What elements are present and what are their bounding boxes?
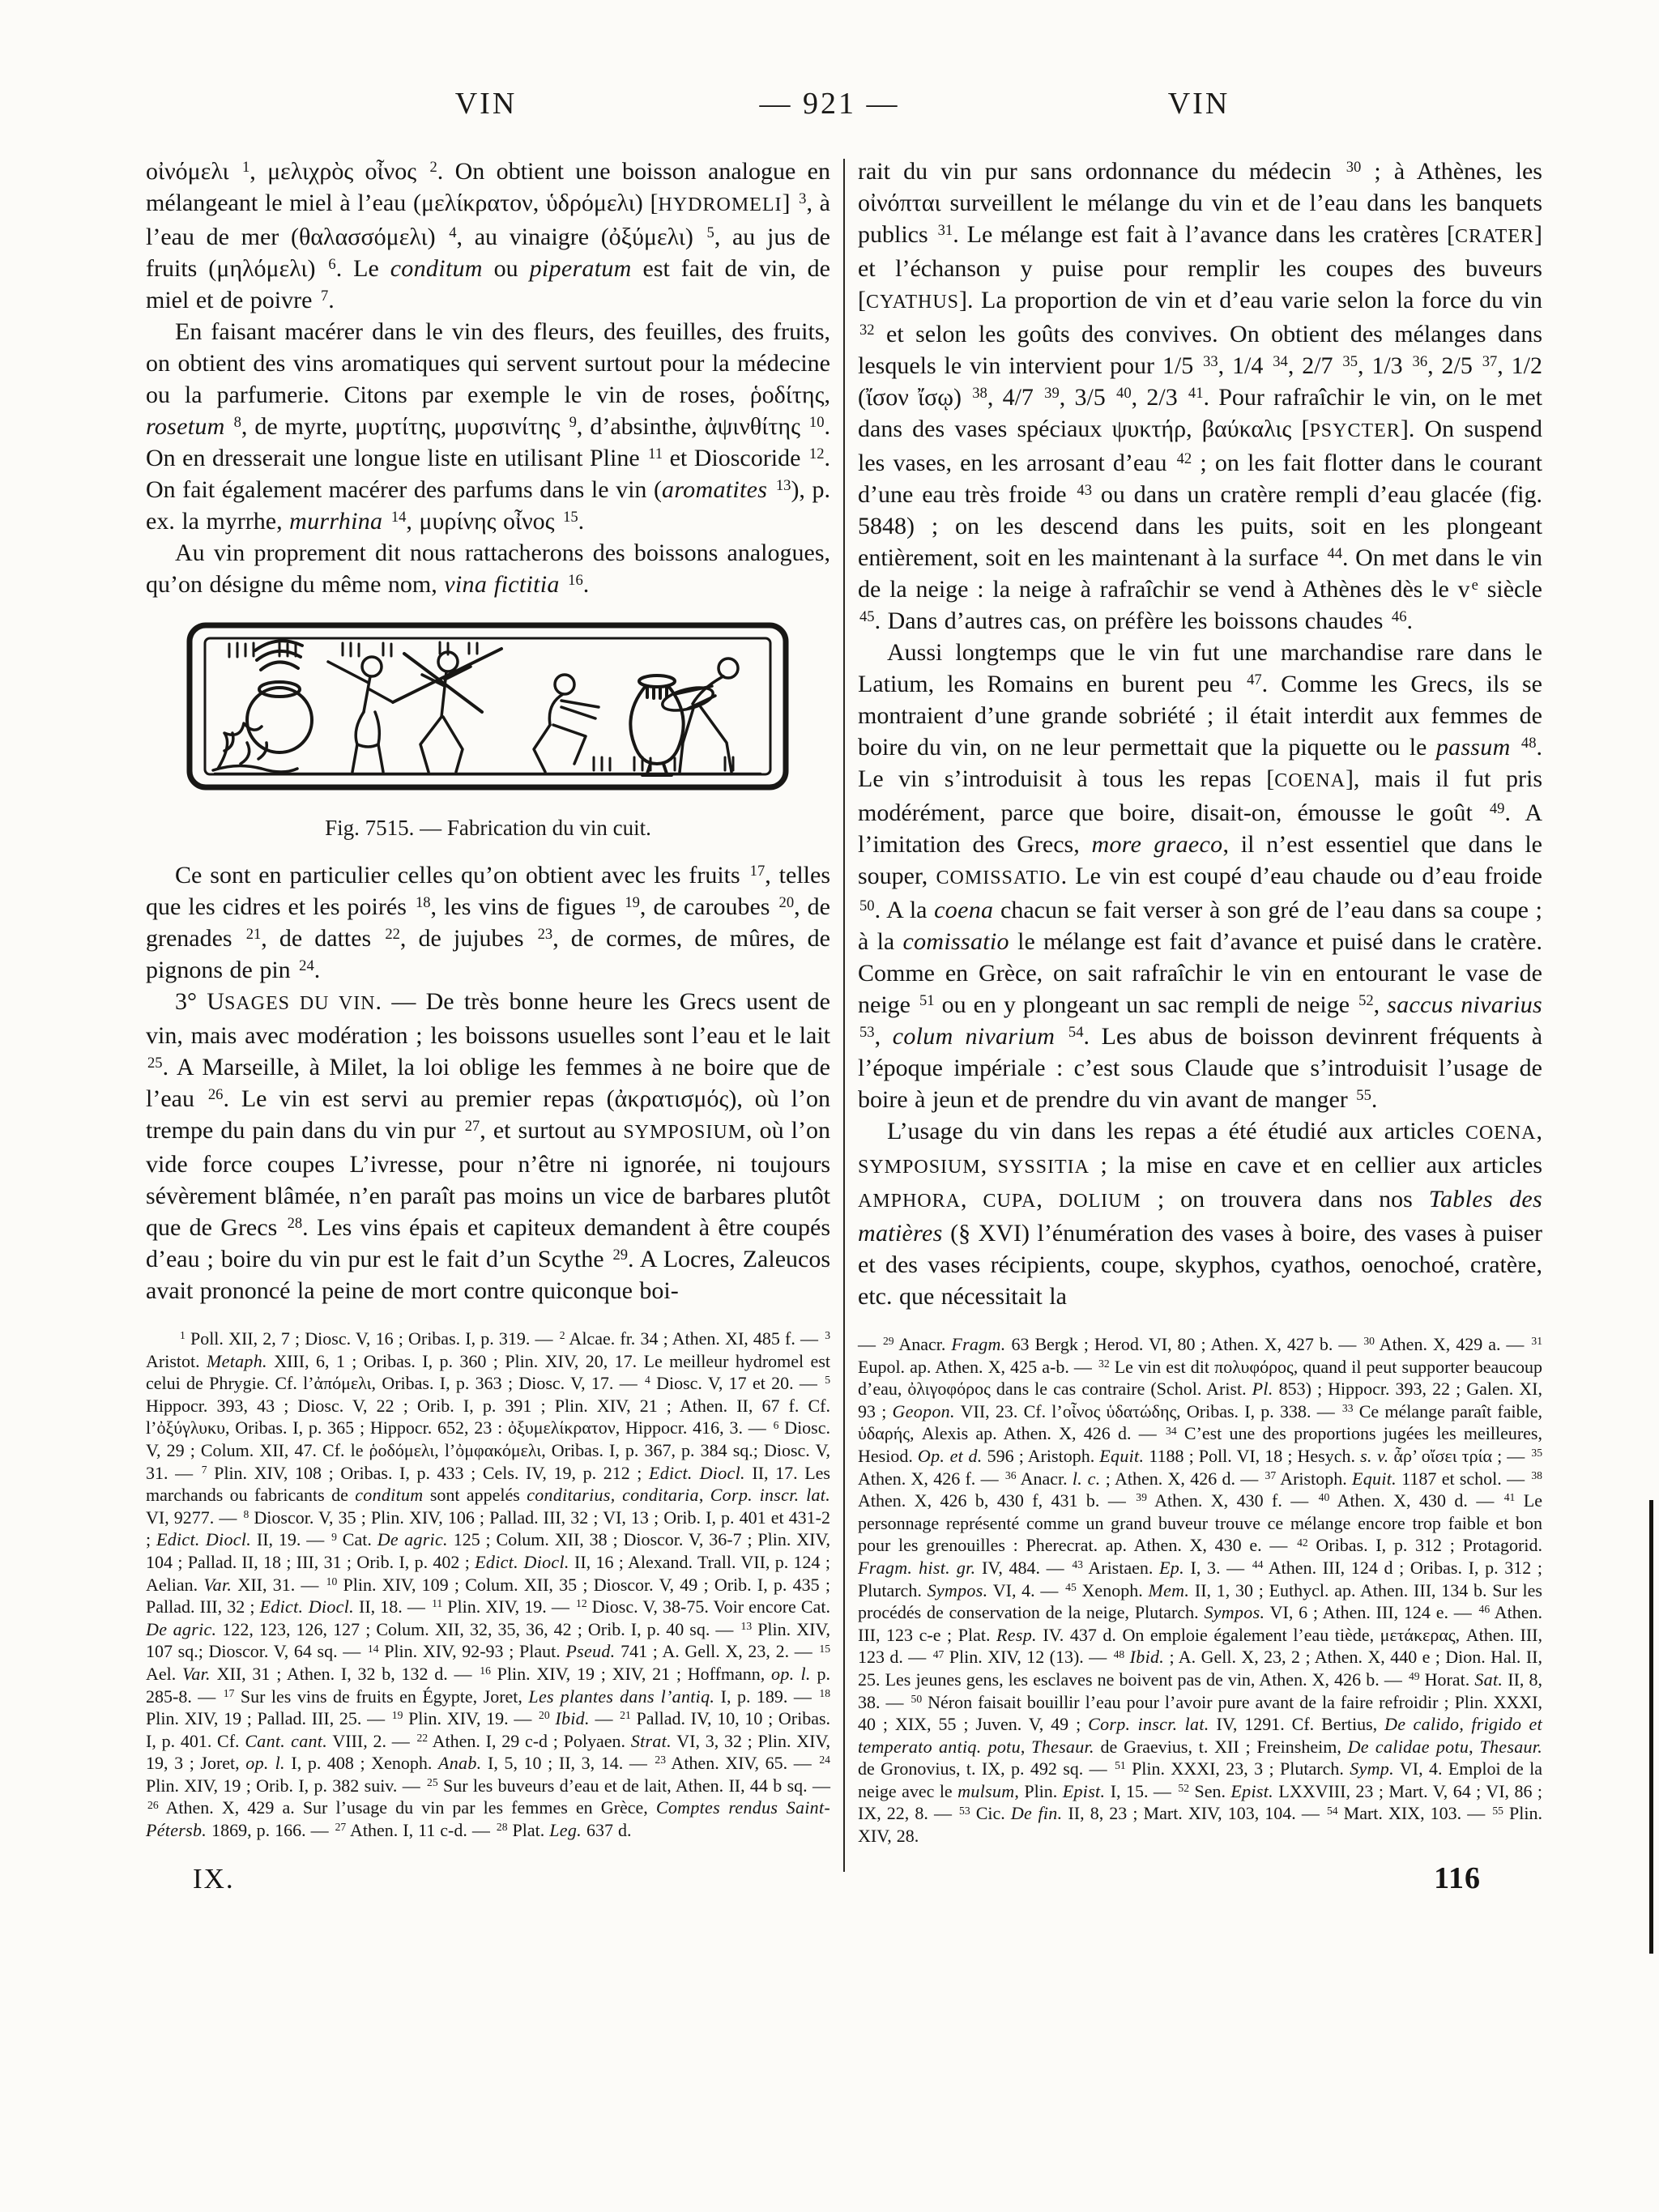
left-column: οἰνόμελι 1, μελιχρὸς οἶνος 2. On obtient… [146, 156, 830, 1896]
sheet-number: 116 [858, 1860, 1481, 1896]
paragraph: rait du vin pur sans ordonnance du médec… [858, 156, 1542, 637]
figure-caption: Fig. 7515. — Fabrication du vin cuit. [146, 816, 830, 840]
cauldron [247, 641, 312, 752]
text-columns: οἰνόμελι 1, μελιχρὸς οἶνος 2. On obtient… [146, 156, 1542, 1896]
vin-cuit-engraving-illustration [184, 621, 791, 795]
fire-mound [213, 723, 297, 772]
figure-person-4 [660, 658, 738, 772]
right-column: rait du vin pur sans ordonnance du médec… [858, 156, 1542, 1896]
paragraph: En faisant macérer dans le vin des fleur… [146, 316, 830, 537]
running-title-right: VIN [1168, 86, 1230, 121]
figure-engraving [184, 621, 793, 799]
page-header: VIN — 921 — VIN [0, 86, 1659, 130]
page-number: — 921 — [760, 86, 900, 121]
paragraph: Ce sont en particulier celles qu’on obti… [146, 859, 830, 986]
figure-person-3 [534, 675, 599, 772]
running-title-left: VIN [455, 86, 518, 121]
scan-edge-artifact [1649, 1500, 1653, 1954]
paragraph: Au vin proprement dit nous rattacherons … [146, 537, 830, 600]
column-divider-rule [843, 159, 845, 1872]
figure-person-1 [328, 657, 393, 772]
paragraph: 3° USAGES DU VIN. — De très bonne heure … [146, 986, 830, 1306]
paragraph: Aussi longtemps que le vin fut une march… [858, 637, 1542, 1115]
paragraph: οἰνόμελι 1, μελιχρὸς οἶνος 2. On obtient… [146, 156, 830, 316]
paragraph: L’usage du vin dans les repas a été étud… [858, 1115, 1542, 1312]
volume-signature: IX. [193, 1863, 830, 1895]
footnotes-right: — 29 Anacr. Fragm. 63 Bergk ; Herod. VI,… [858, 1333, 1542, 1848]
footnotes-left: 1 Poll. XII, 2, 7 ; Diosc. V, 16 ; Oriba… [146, 1328, 830, 1842]
scanned-page: VIN — 921 — VIN οἰνόμελι 1, μελιχρὸς οἶν… [0, 0, 1659, 2212]
